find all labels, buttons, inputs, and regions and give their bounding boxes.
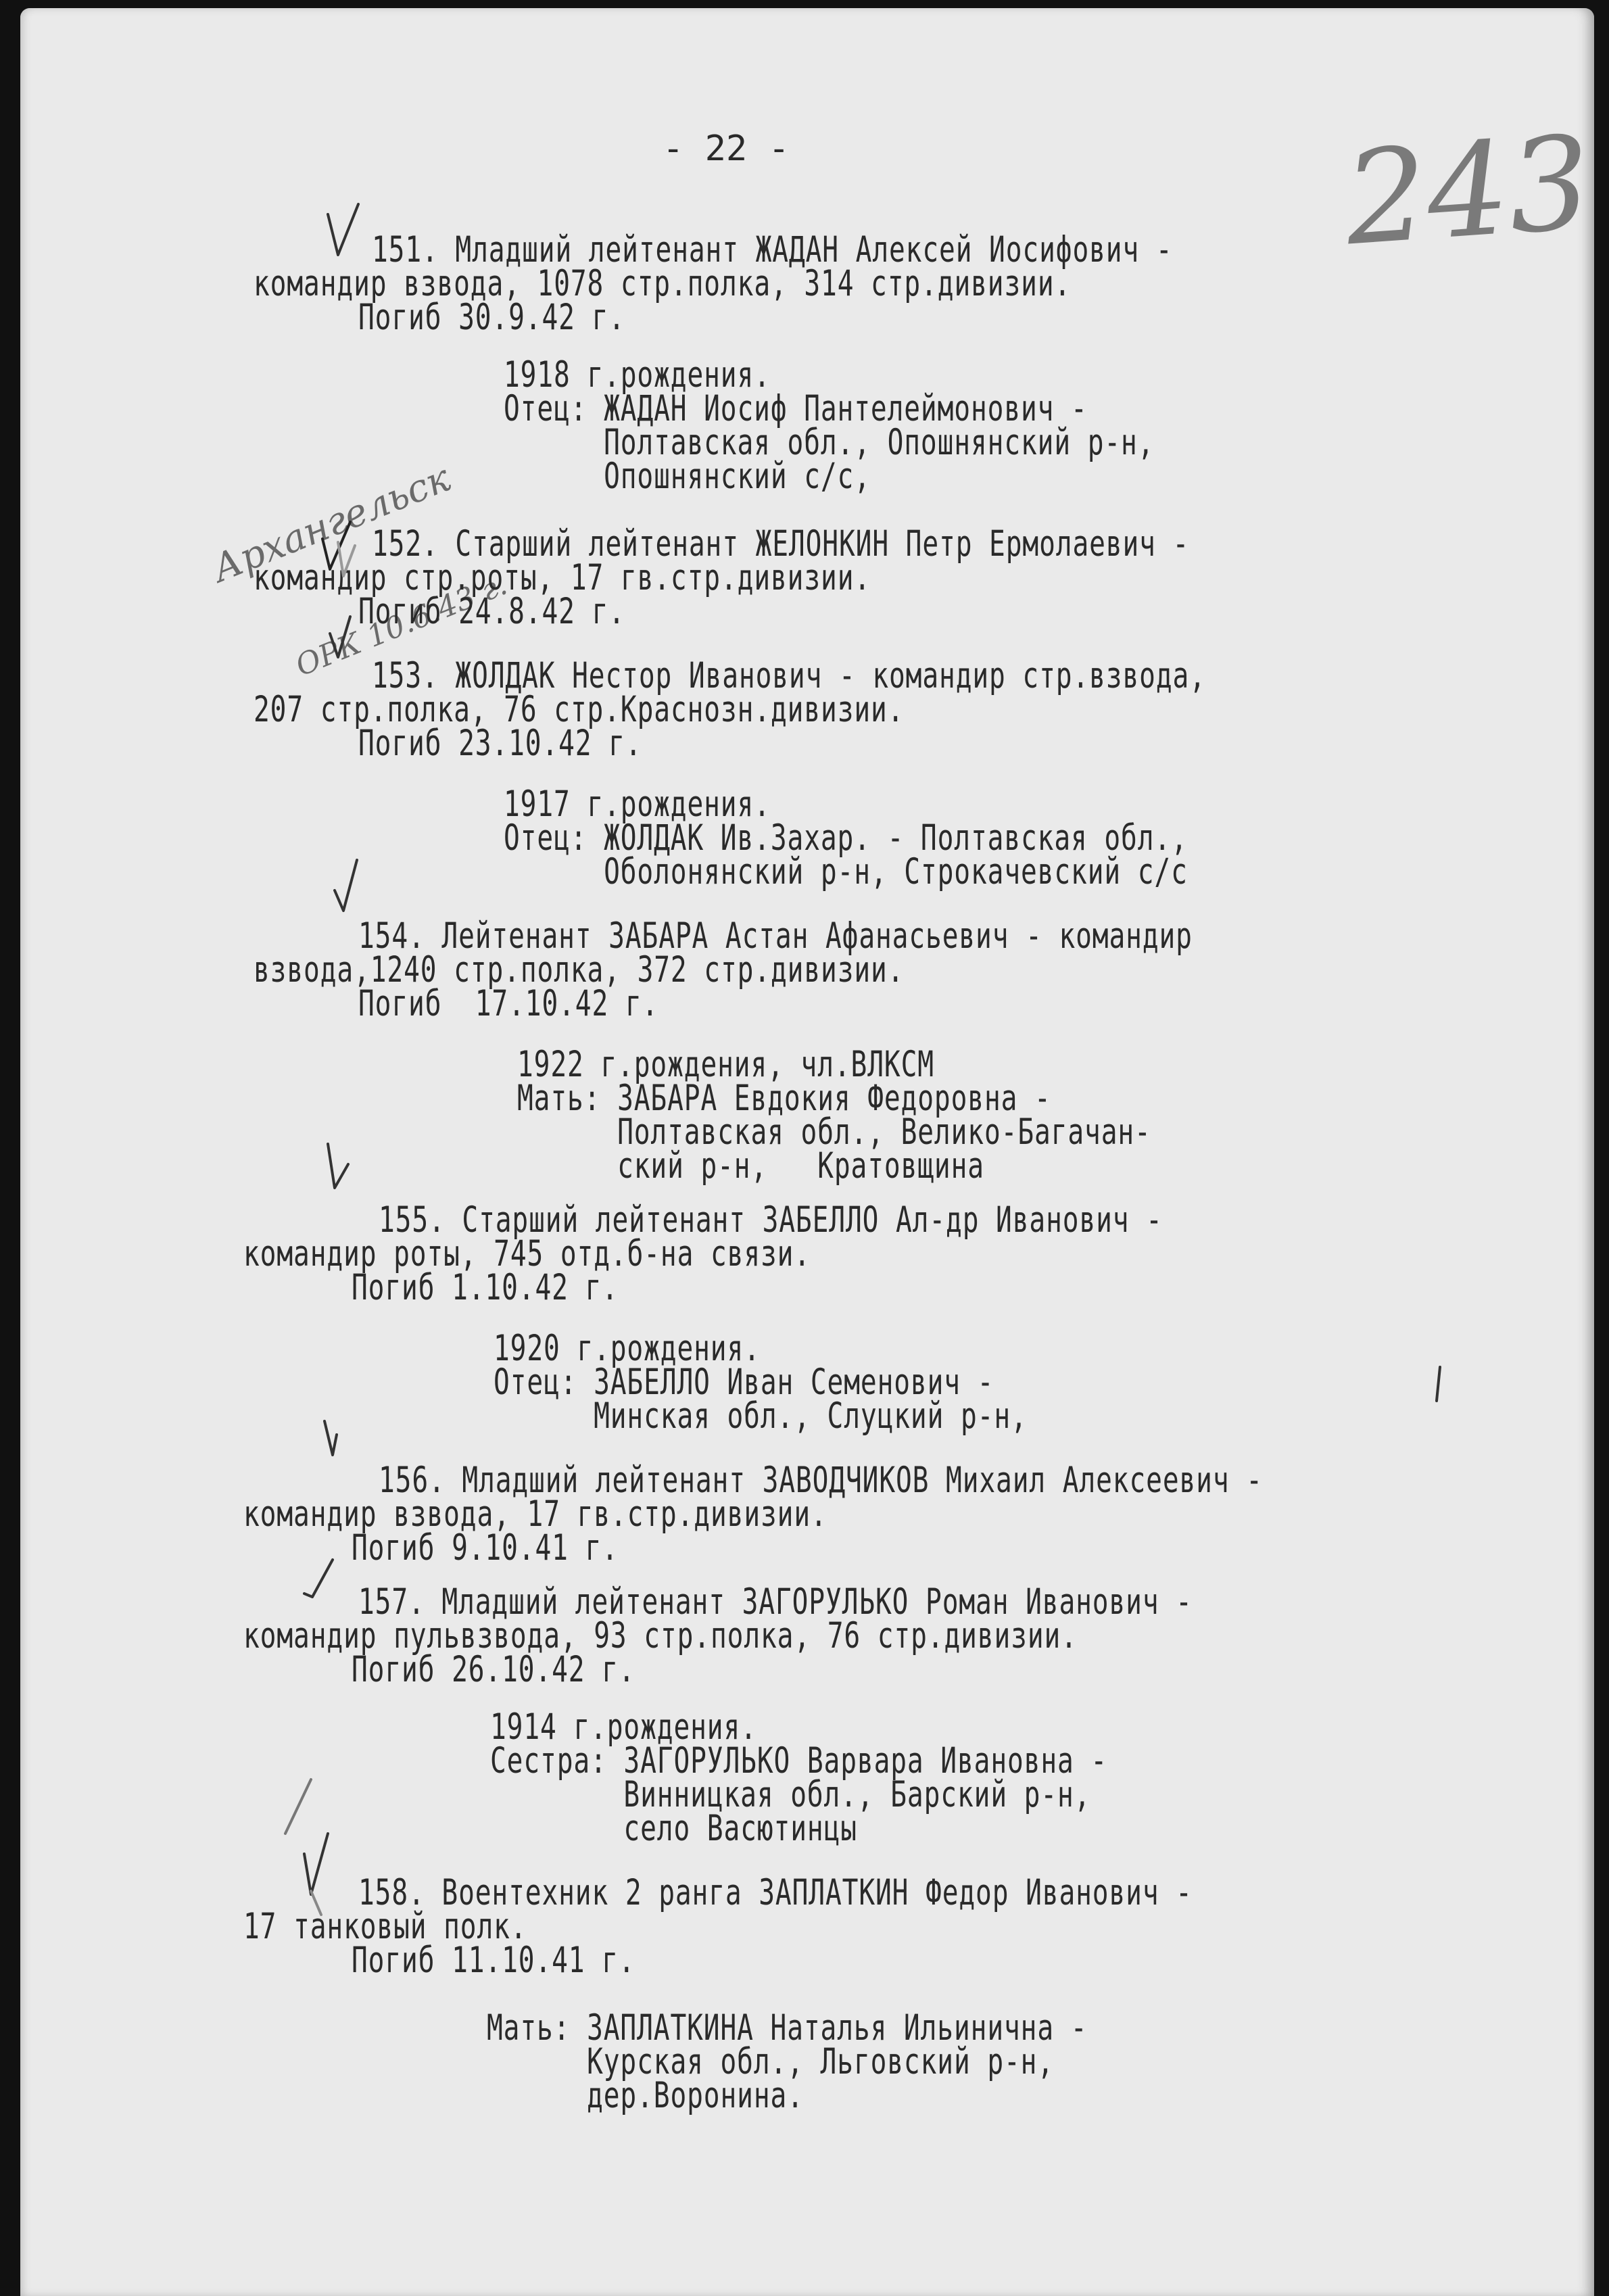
document-page: - 22 - 243 Архангельск ОРК 10.6.43 г. 15…	[20, 8, 1594, 2296]
check-mark-icon	[285, 204, 1440, 1915]
check-marks	[20, 8, 1594, 2296]
